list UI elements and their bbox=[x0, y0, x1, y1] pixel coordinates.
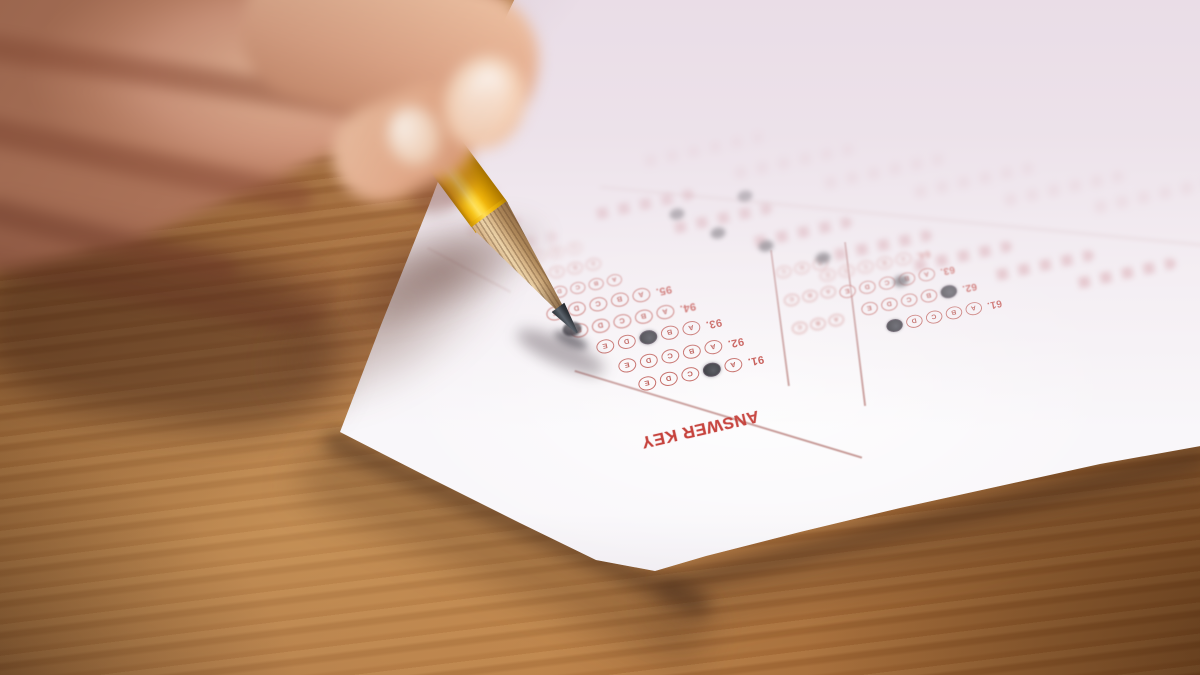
hand-holding-pencil bbox=[0, 0, 640, 400]
photo-scene: 95.ABCDE 94.ABCDE 93.ABCDE 92.ABCDE 91.A… bbox=[0, 0, 1200, 675]
